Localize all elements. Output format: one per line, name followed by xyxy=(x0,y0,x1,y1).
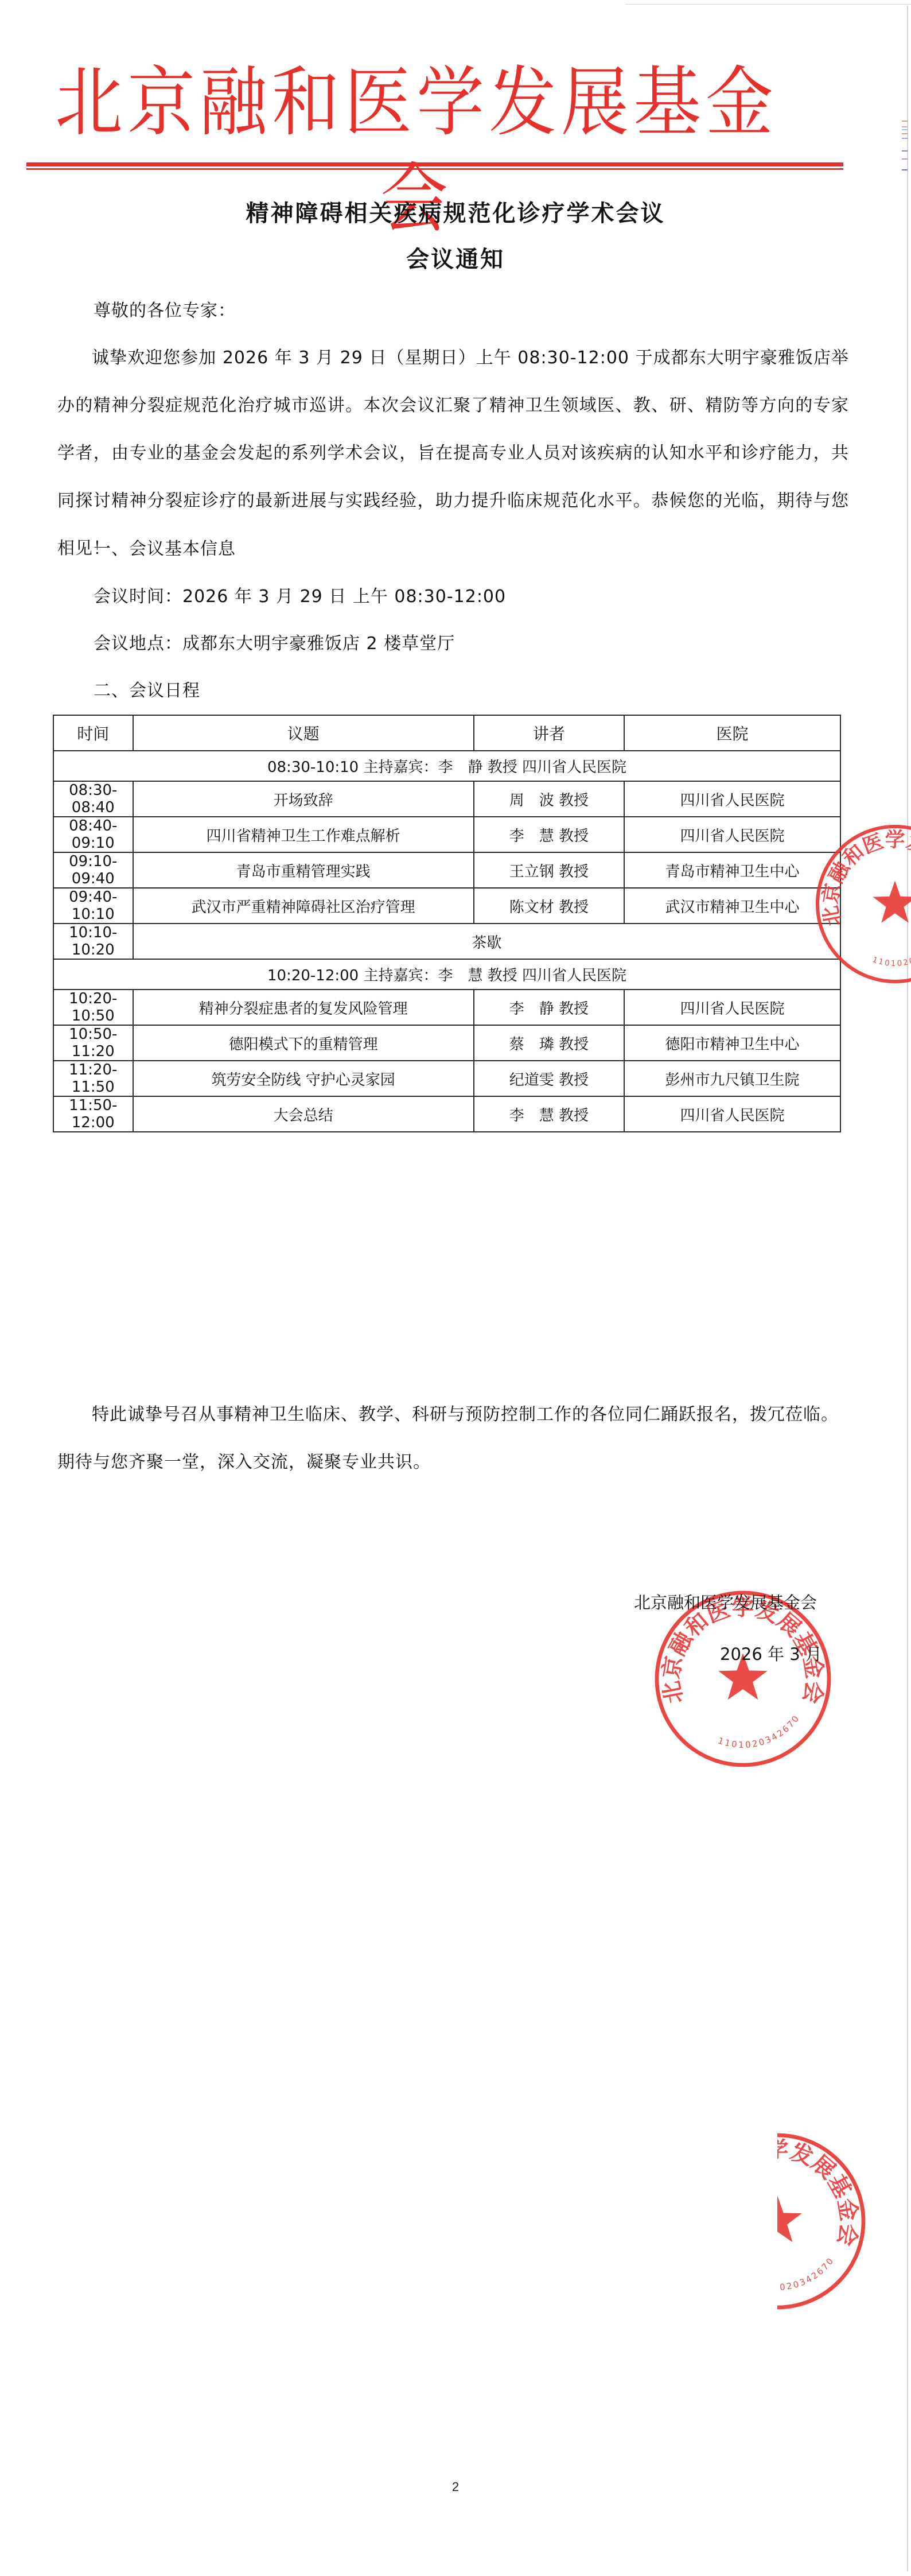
speaker-cell: 李 静 教授 xyxy=(474,990,624,1025)
header-topic: 议题 xyxy=(133,715,474,751)
svg-text:1101020342670: 1101020342670 xyxy=(717,1713,802,1751)
salutation: 尊敬的各位专家： xyxy=(94,287,885,335)
agenda-table: 时间 议题 讲者 医院 08:30-10:10 主持嘉宾：李 静 教授 四川省人… xyxy=(53,715,841,1132)
scan-top-edge xyxy=(625,4,911,5)
speaker-cell: 王立钢 教授 xyxy=(474,852,624,888)
time-cell: 09:10-09:40 xyxy=(53,852,133,888)
topic-cell: 精神分裂症患者的复发风险管理 xyxy=(133,990,474,1025)
table-row: 09:40-10:10武汉市严重精神障碍社区治疗管理陈文材 教授武汉市精神卫生中… xyxy=(53,888,840,924)
time-cell: 08:30-08:40 xyxy=(53,781,133,817)
hospital-cell: 四川省人民医院 xyxy=(624,781,840,817)
time-cell: 08:40-09:10 xyxy=(53,817,133,852)
time-cell: 10:20-10:50 xyxy=(53,990,133,1025)
topic-cell: 开场致辞 xyxy=(133,781,474,817)
official-seal-half-icon: 北京融和医学发展基金会1101020342670 xyxy=(777,2124,881,2319)
break-row: 10:10-10:20茶歇 xyxy=(53,924,840,959)
hospital-cell: 四川省人民医院 xyxy=(624,1096,840,1132)
edge-mark xyxy=(902,169,908,170)
scan-right-edge xyxy=(907,6,908,2571)
section-heading-basic-info: 一、会议基本信息 xyxy=(94,525,885,573)
section-heading-agenda: 二、会议日程 xyxy=(94,667,885,715)
table-row: 10:50-11:20德阳模式下的重精管理蔡 璘 教授德阳市精神卫生中心 xyxy=(53,1025,840,1061)
letterhead-rule-thin xyxy=(26,168,843,170)
topic-cell: 大会总结 xyxy=(133,1096,474,1132)
break-cell: 茶歇 xyxy=(133,924,840,959)
table-row: 11:20-11:50筑劳安全防线 守护心灵家园纪道雯 教授彭州市九尺镇卫生院 xyxy=(53,1061,840,1096)
closing-paragraph-2: 期待与您齐聚一堂，深入交流，凝聚专业共识。 xyxy=(57,1438,849,1486)
edge-mark xyxy=(902,158,908,160)
document-title: 精神障碍相关疾病规范化诊疗学术会议 xyxy=(0,195,911,228)
edge-mark xyxy=(902,150,908,152)
time-cell: 10:50-11:20 xyxy=(53,1025,133,1061)
edge-mark xyxy=(902,138,908,139)
letterhead-rule-thick xyxy=(26,162,843,166)
speaker-cell: 陈文材 教授 xyxy=(474,888,624,924)
meeting-time: 会议时间：2026 年 3 月 29 日 上午 08:30-12:00 xyxy=(94,573,885,620)
session-host-cell: 10:20-12:00 主持嘉宾：李 慧 教授 四川省人民医院 xyxy=(53,959,840,990)
speaker-cell: 李 慧 教授 xyxy=(474,817,624,852)
hospital-cell: 四川省人民医院 xyxy=(624,990,840,1025)
svg-text:北京融和医学发展基金会: 北京融和医学发展基金会 xyxy=(777,2137,862,2248)
table-row: 09:10-09:40青岛市重精管理实践王立钢 教授青岛市精神卫生中心 xyxy=(53,852,840,888)
hospital-cell: 青岛市精神卫生中心 xyxy=(624,852,840,888)
svg-text:1101020342670: 1101020342670 xyxy=(871,934,911,968)
table-row: 08:40-09:10四川省精神卫生工作难点解析李 慧 教授四川省人民医院 xyxy=(53,817,840,852)
topic-cell: 德阳模式下的重精管理 xyxy=(133,1025,474,1061)
time-cell: 11:20-11:50 xyxy=(53,1061,133,1096)
signature-date: 2026 年 3 月 xyxy=(720,1642,822,1665)
topic-cell: 四川省精神卫生工作难点解析 xyxy=(133,817,474,852)
closing-paragraph-1: 特此诚挚号召从事精神卫生临床、教学、科研与预防控制工作的各位同仁踊跃报名，拨冗莅… xyxy=(57,1391,849,1438)
speaker-cell: 纪道雯 教授 xyxy=(474,1061,624,1096)
time-cell: 11:50-12:00 xyxy=(53,1096,133,1132)
topic-cell: 青岛市重精管理实践 xyxy=(133,852,474,888)
topic-cell: 筑劳安全防线 守护心灵家园 xyxy=(133,1061,474,1096)
page-number: 2 xyxy=(0,2480,911,2494)
hospital-cell: 德阳市精神卫生中心 xyxy=(624,1025,840,1061)
time-cell: 10:10-10:20 xyxy=(53,924,133,959)
time-cell: 09:40-10:10 xyxy=(53,888,133,924)
header-time: 时间 xyxy=(53,715,133,751)
edge-mark xyxy=(902,126,908,127)
document-subtitle: 会议通知 xyxy=(0,241,911,274)
table-row: 10:20-10:50精神分裂症患者的复发风险管理李 静 教授四川省人民医院 xyxy=(53,990,840,1025)
edge-mark xyxy=(902,121,908,122)
topic-cell: 武汉市严重精神障碍社区治疗管理 xyxy=(133,888,474,924)
speaker-cell: 李 慧 教授 xyxy=(474,1096,624,1132)
header-speaker: 讲者 xyxy=(474,715,624,751)
hospital-cell: 四川省人民医院 xyxy=(624,817,840,852)
svg-text:1101020342670: 1101020342670 xyxy=(777,2255,836,2293)
header-hospital: 医院 xyxy=(624,715,840,751)
speaker-cell: 蔡 璘 教授 xyxy=(474,1025,624,1061)
table-row: 08:30-08:40开场致辞周 波 教授四川省人民医院 xyxy=(53,781,840,817)
session-row: 10:20-12:00 主持嘉宾：李 慧 教授 四川省人民医院 xyxy=(53,959,840,990)
session-host-cell: 08:30-10:10 主持嘉宾：李 静 教授 四川省人民医院 xyxy=(53,751,840,781)
edge-mark xyxy=(902,133,908,134)
meeting-place: 会议地点：成都东大明宇豪雅饭店 2 楼草堂厅 xyxy=(94,620,885,668)
edge-mark xyxy=(902,129,908,130)
session-row: 08:30-10:10 主持嘉宾：李 静 教授 四川省人民医院 xyxy=(53,751,840,781)
signature-org: 北京融和医学发展基金会 xyxy=(634,1590,817,1613)
agenda-header-row: 时间 议题 讲者 医院 xyxy=(53,715,840,751)
table-row: 11:50-12:00大会总结李 慧 教授四川省人民医院 xyxy=(53,1096,840,1132)
hospital-cell: 彭州市九尺镇卫生院 xyxy=(624,1061,840,1096)
speaker-cell: 周 波 教授 xyxy=(474,781,624,817)
hospital-cell: 武汉市精神卫生中心 xyxy=(624,888,840,924)
